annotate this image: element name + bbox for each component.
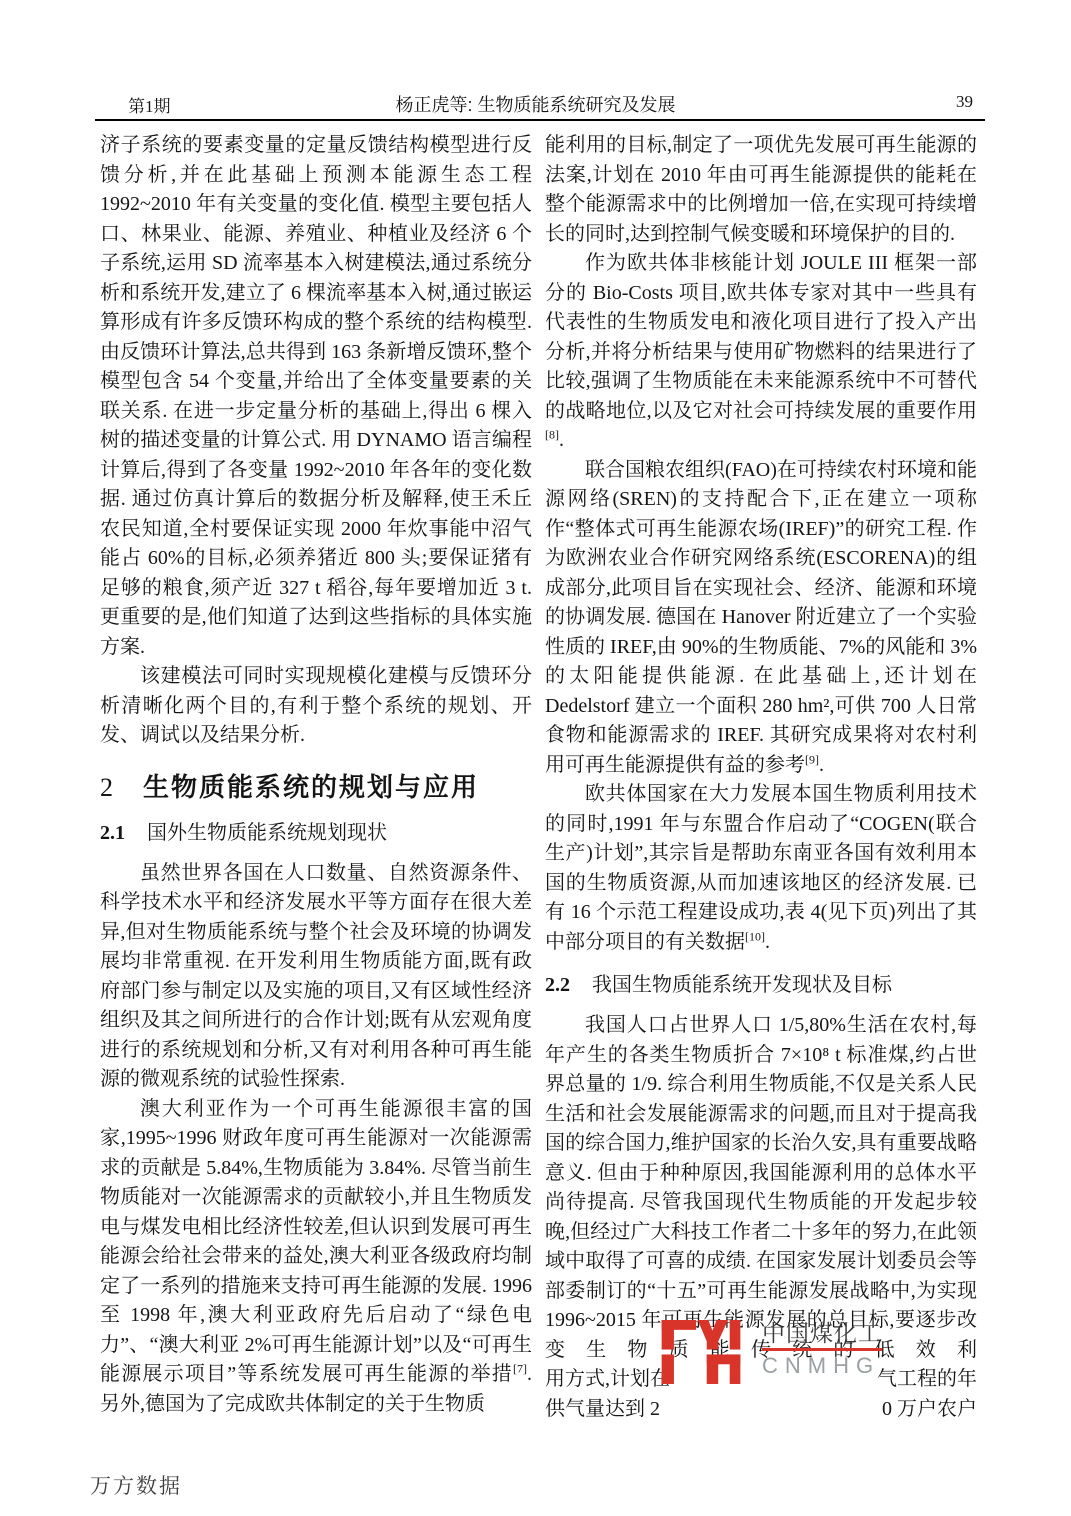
reference-marker: [7]: [513, 1361, 527, 1375]
paragraph: 作为欧共体非核能计划 JOULE III 框架一部分的 Bio-Costs 项目…: [545, 249, 977, 456]
heading-text: 我国生物质能系统开发现状及目标: [592, 974, 892, 996]
footer-brand: 万方数据: [90, 1470, 182, 1500]
text-column-right: 能利用的目标,制定了一项优先发展可再生能源的法案,计划在 2010 年由可再生能…: [545, 131, 977, 1424]
paragraph: 济子系统的要素变量的定量反馈结构模型进行反馈分析,并在此基础上预测本能源生态工程…: [100, 131, 532, 662]
line-fragment-right: 气工程的年: [877, 1365, 977, 1395]
paragraph: 欧共体国家在大力发展本国生物质利用技术的同时,1991 年与东盟合作启动了“CO…: [545, 780, 977, 957]
paragraph: 能利用的目标,制定了一项优先发展可再生能源的法案,计划在 2010 年由可再生能…: [545, 131, 977, 249]
line-fragment-left: 供气量达到 2: [545, 1395, 660, 1425]
paragraph: 联合国粮农组织(FAO)在可持续农村环境和能源网络(SREN)的支持配合下,正在…: [545, 456, 977, 781]
heading-number: 2.2: [545, 974, 570, 996]
header-page-number: 39: [956, 92, 973, 112]
section-heading: 2生物质能系统的规划与应用: [100, 771, 532, 804]
paragraph: 该建模法可同时实现规模化建模与反馈环分析清晰化两个目的,有利于整个系统的规划、开…: [100, 662, 532, 751]
heading-number: 2: [100, 773, 113, 802]
paragraph: 我国人口占世界人口 1/5,80%生活在农村,每年产生的各类生物质折合 7×10…: [545, 1011, 977, 1365]
obscured-text-line: 供气量达到 20 万户农户: [545, 1395, 977, 1425]
line-fragment-right: 0 万户农户: [882, 1395, 977, 1425]
paragraph: 虽然世界各国在人口数量、自然资源条件、科学技术水平和经济发展水平等方面存在很大差…: [100, 859, 532, 1095]
subsection-heading: 2.1国外生物质能系统规划现状: [100, 820, 532, 846]
paper-page: 第1期 杨正虎等: 生物质能系统研究及发展 39 济子系统的要素变量的定量反馈结…: [0, 0, 1071, 1516]
heading-number: 2.1: [100, 822, 125, 844]
subsection-heading: 2.2我国生物质能系统开发现状及目标: [545, 972, 977, 998]
text-column-left: 济子系统的要素变量的定量反馈结构模型进行反馈分析,并在此基础上预测本能源生态工程…: [100, 131, 532, 1419]
reference-marker: [8]: [545, 427, 559, 441]
heading-text: 生物质能系统的规划与应用: [143, 772, 479, 802]
line-fragment-left: 用方式,计划在: [545, 1365, 670, 1395]
header-running-title: 杨正虎等: 生物质能系统研究及发展: [0, 91, 1071, 117]
heading-text: 国外生物质能系统规划现状: [147, 822, 387, 844]
obscured-text-line: 用方式,计划在气工程的年: [545, 1365, 977, 1395]
paragraph: 澳大利亚作为一个可再生能源很丰富的国家,1995~1996 财政年度可再生能源对…: [100, 1095, 532, 1420]
reference-marker: [10]: [745, 929, 765, 943]
reference-marker: [9]: [805, 752, 819, 766]
header-divider: [95, 119, 985, 121]
